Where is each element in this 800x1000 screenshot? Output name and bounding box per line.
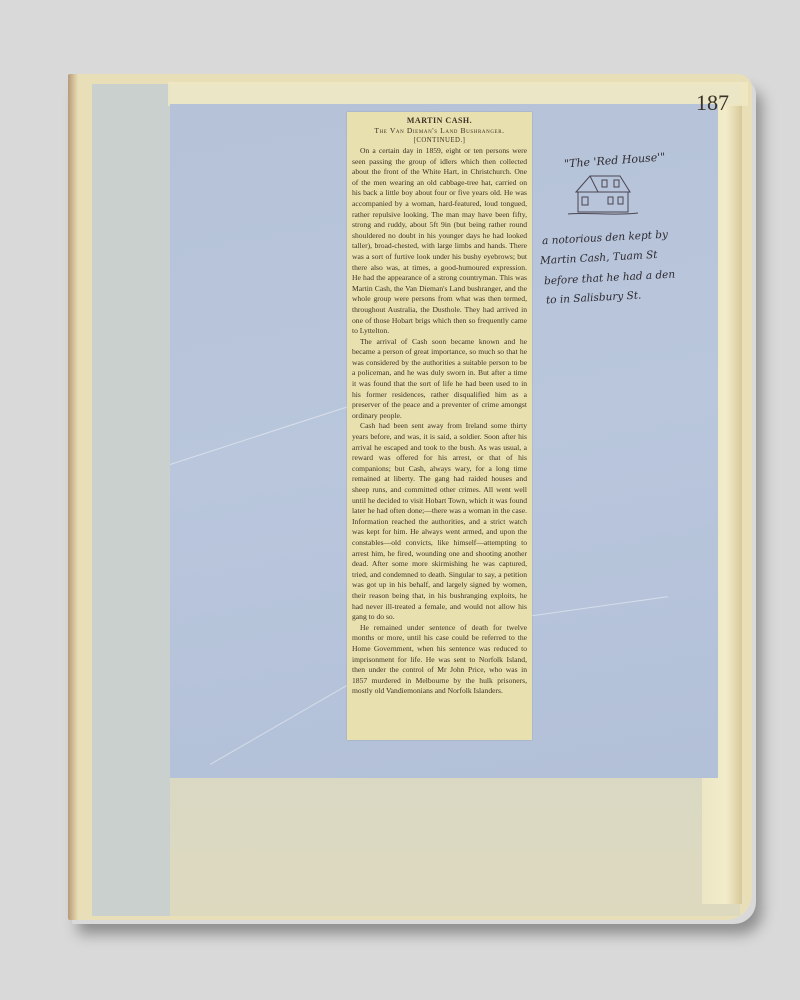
clipping-paragraph: On a certain day in 1859, eight or ten p… [352, 146, 527, 337]
tissue-strip [92, 84, 170, 916]
page-edge [68, 74, 78, 920]
page-number: 187 [696, 90, 729, 116]
clipping-paragraph: He remained under sentence of death for … [352, 623, 527, 697]
crease [170, 399, 370, 465]
clipping-subtitle: The Van Dieman's Land Bushranger. [352, 126, 527, 136]
top-paper-band [168, 82, 748, 106]
house-sketch-icon [568, 168, 638, 220]
clipping-paragraph: Cash had been sent away from Ireland som… [352, 421, 527, 622]
clipping-continued: [CONTINUED.] [352, 136, 527, 145]
clipping-title: MARTIN CASH. [352, 116, 527, 126]
newspaper-clipping: MARTIN CASH. The Van Dieman's Land Bushr… [347, 112, 532, 740]
clipping-paragraph: The arrival of Cash soon became known an… [352, 337, 527, 422]
scrapbook-page: 187 MARTIN CASH. The Van Dieman's Land B… [68, 74, 752, 920]
